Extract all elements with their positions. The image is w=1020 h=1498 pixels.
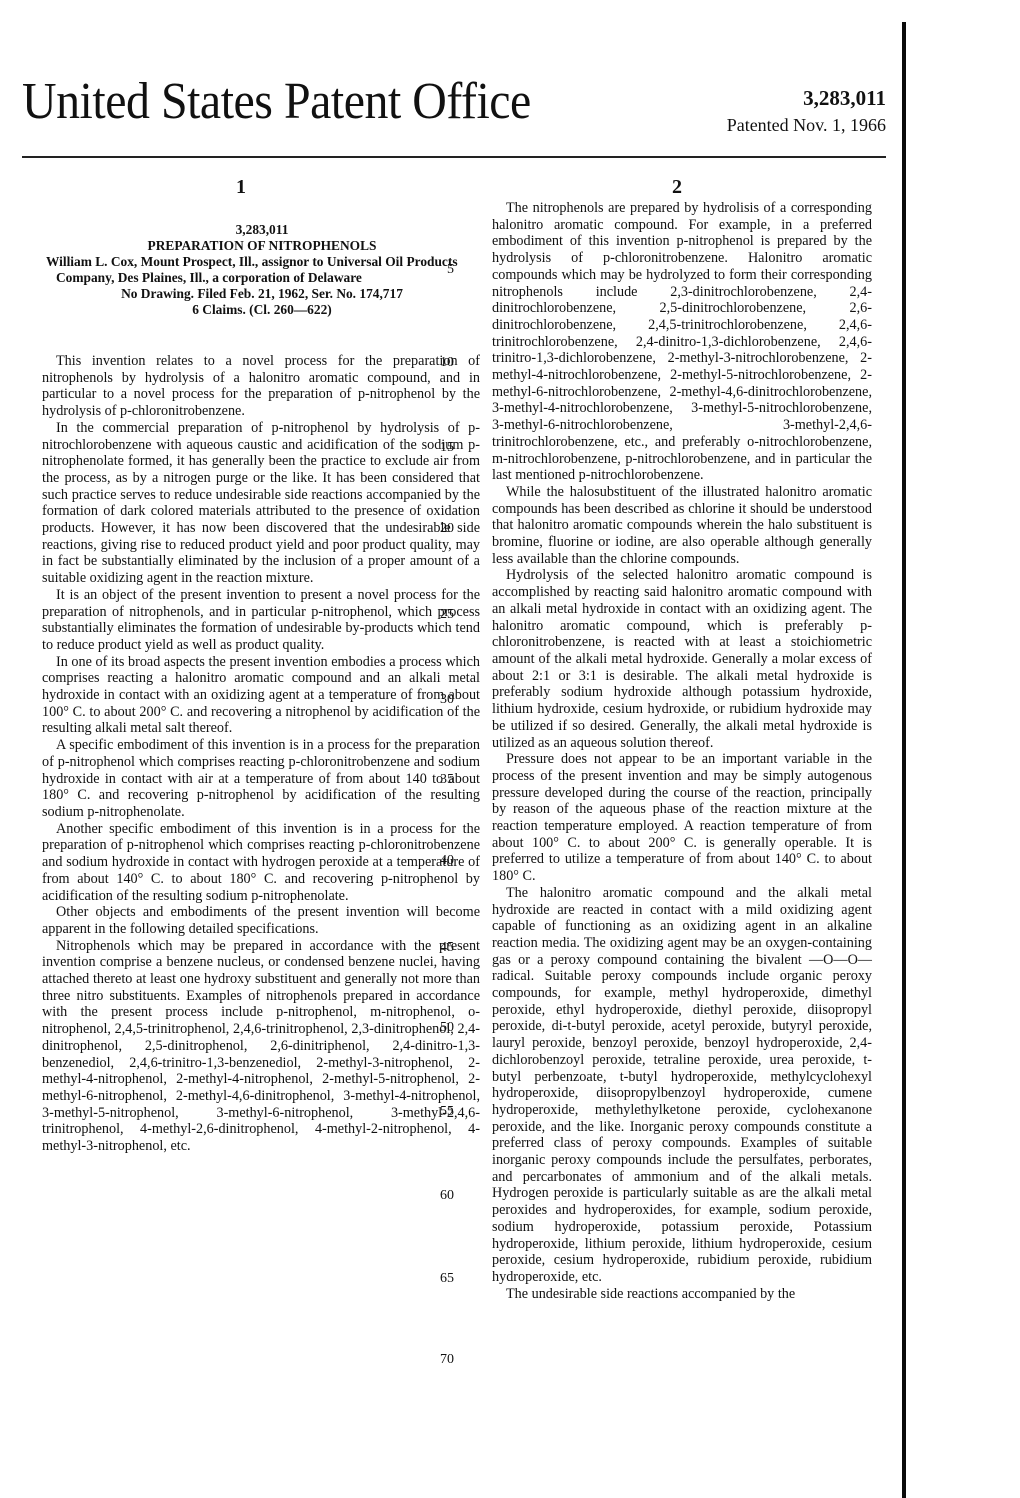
line-number: 65 (440, 1271, 454, 1287)
paragraph: Another specific embodiment of this inve… (42, 821, 480, 905)
column-number-1: 1 (236, 176, 246, 199)
paragraph: A specific embodiment of this invention … (42, 737, 480, 821)
claims-info: 6 Claims. (Cl. 260—622) (42, 302, 482, 318)
line-number: 70 (440, 1352, 454, 1368)
column-left: This invention relates to a novel proces… (42, 353, 480, 1155)
filing-info: No Drawing. Filed Feb. 21, 1962, Ser. No… (42, 286, 482, 302)
column-right: The nitrophenols are prepared by hydroli… (492, 200, 872, 1302)
paragraph: It is an object of the present invention… (42, 587, 480, 654)
paragraph: Other objects and embodiments of the pre… (42, 904, 480, 937)
paragraph: The undesirable side reactions accompani… (492, 1286, 872, 1303)
patent-number: 3,283,011 (803, 86, 886, 111)
scan-edge-rule (902, 22, 906, 1498)
patent-date: Patented Nov. 1, 1966 (727, 115, 886, 136)
paragraph: The nitrophenols are prepared by hydroli… (492, 200, 872, 484)
office-title: United States Patent Office (22, 74, 531, 130)
line-number: 60 (440, 1188, 454, 1204)
paragraph: Hydrolysis of the selected halonitro aro… (492, 567, 872, 751)
paragraph: In the commercial preparation of p-nitro… (42, 420, 480, 587)
inventor-assignee: William L. Cox, Mount Prospect, Ill., as… (42, 254, 482, 286)
header-divider (22, 156, 886, 158)
front-matter-number: 3,283,011 (42, 222, 482, 238)
paragraph: The halonitro aromatic compound and the … (492, 885, 872, 1286)
paragraph: Nitrophenols which may be prepared in ac… (42, 938, 480, 1155)
patent-page: United States Patent Office 3,283,011 Pa… (0, 0, 1020, 1498)
paragraph: While the halosubstituent of the illustr… (492, 484, 872, 568)
paragraph: This invention relates to a novel proces… (42, 353, 480, 420)
patent-title: PREPARATION OF NITROPHENOLS (42, 238, 482, 254)
paragraph: In one of its broad aspects the present … (42, 654, 480, 738)
paragraph: Pressure does not appear to be an import… (492, 751, 872, 885)
column-number-2: 2 (672, 176, 682, 199)
front-matter: 3,283,011 PREPARATION OF NITROPHENOLS Wi… (42, 222, 482, 318)
